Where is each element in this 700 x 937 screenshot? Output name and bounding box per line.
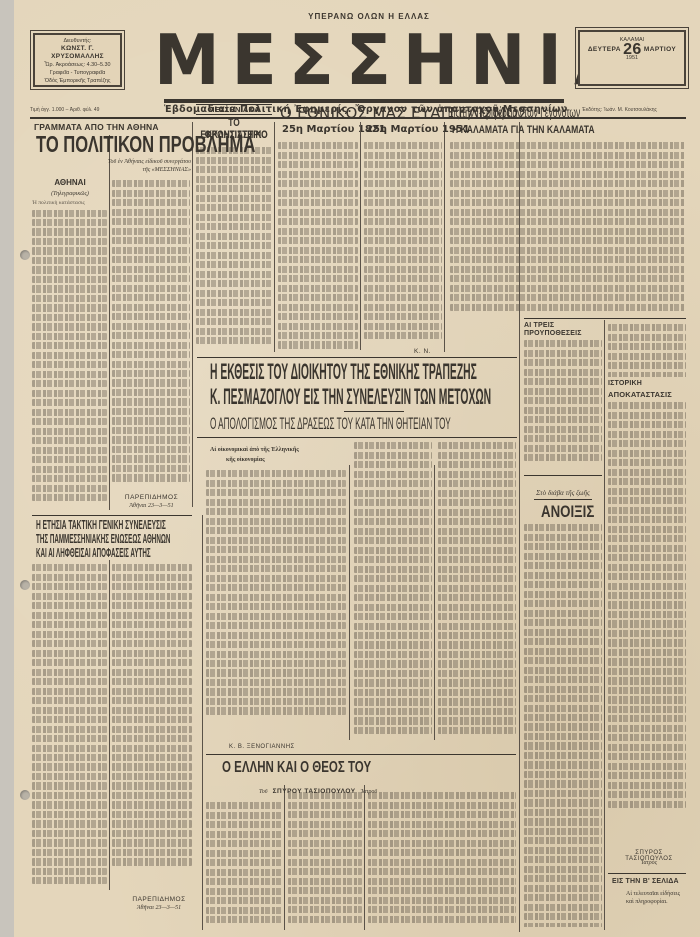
right-column-body: [608, 322, 686, 377]
year: 1951: [580, 54, 684, 63]
kalamata-kicker: Εἰς τὴν Περιφέρειαν τῶν Γεγονότων: [448, 104, 580, 120]
kalamata-headline: Η ΚΑΛΑΜΑΤΑ ΓΙΑ ΤΗΝ ΚΑΛΑΜΑΤΑ: [452, 124, 595, 136]
weekday: ΔΕΥΤΕΡΑ: [588, 46, 621, 53]
gospel-signature: Κ. Ν.: [414, 348, 431, 355]
section-rule: [524, 475, 602, 476]
kalamata-body: [450, 140, 685, 315]
binding-hole: [20, 580, 30, 590]
column-rule: [364, 785, 365, 930]
athens-letter-body: Ἡ πολιτικὴ κατάστασις: [32, 200, 107, 505]
date-box: ΚΑΛΑΜΑΙ ΔΕΥΤΕΡΑ 26 ΜΑΡΤΙΟΥ 1951: [578, 30, 686, 86]
bank-subhead-2: κῆς οἰκονομίας: [226, 457, 265, 463]
bank-body-col1: [206, 468, 346, 718]
three-reviews-headline-2: ΠΡΟΥΠΟΘΕΣΕΙΣ: [524, 330, 582, 337]
editor-line: Ἐκδότης: Ἰωάν. Μ. Κουτσουλάκης: [582, 107, 657, 113]
bank-body-col3: [438, 440, 516, 740]
assembly-body-col2: [112, 562, 192, 872]
church-school-headline-2: ΦΡΟΝΤΙΣΤΗΡΙΟ: [202, 129, 270, 141]
athens-sub-dateline: (Τηλεγραφικῶς): [34, 191, 106, 197]
spring-kicker: Στὸ διάβα τῆς ζωῆς: [524, 489, 602, 497]
assembly-sig-date: Ἀθῆναι 23—3—51: [124, 905, 194, 911]
section-rule: [32, 515, 192, 516]
column-rule: [274, 122, 275, 352]
prev-article-signature: Κ. Β. ΞΕΝΟΓΙΑΝΝΗΣ: [229, 744, 295, 750]
bank-deck: Ο ΑΠΟΛΟΓΙΣΜΟΣ ΤΗΣ ΔΡΑΣΕΩΣ ΤΟΥ ΚΑΤΑ ΤΗΝ Θ…: [210, 414, 451, 434]
director-name: ΚΩΝΣΤ. Γ. ΧΡΥΣΟΜΑΛΛΗΣ: [51, 45, 104, 60]
church-school-kicker: ΜΕΣΣΗΝΙΑΚΑ: [196, 104, 272, 115]
greek-god-body-col2: [288, 790, 362, 930]
athens-letter-sig-date: Ἀθῆναι 23—3—51: [114, 503, 189, 509]
column-rule: [284, 785, 285, 930]
gospel-col2-body: [364, 140, 442, 350]
bank-subhead-1: Αἱ οἰκονομικαὶ ἀπὸ τῆς Ἐλληνικῆς: [210, 447, 299, 453]
spring-body: [524, 522, 602, 927]
athens-letter-lead: Ἡ πολιτικὴ κατάστασις: [32, 200, 85, 206]
page2-text: Αἱ τελευταῖαι εἰδήσεις καὶ πληροφορίαι.: [626, 890, 688, 906]
history-headline-1: ΙΣΤΟΡΙΚΗ: [608, 380, 642, 387]
assembly-headline-3: ΚΑΙ ΑΙ ΛΗΦΘΕΙΣΑΙ ΑΠΟΦΑΣΕΙΣ ΑΥΤΗΣ: [36, 546, 151, 560]
section-rule: [197, 357, 517, 358]
binding-hole: [20, 790, 30, 800]
issue-date: ΔΕΥΤΕΡΑ 26 ΜΑΡΤΙΟΥ: [580, 45, 684, 54]
section-rule: [534, 499, 592, 500]
column-rule: [349, 465, 350, 740]
athens-dateline: ΑΘΗΝΑΙ: [34, 178, 106, 187]
column-rule: [434, 465, 435, 740]
right-footer-signature-title: Ἰατρός: [612, 860, 686, 866]
price-line: Τιμὴ ἀγγ. 1.000 – Ἀριθ. φύλ. 49: [30, 107, 99, 113]
page2-kicker: ΕΙΣ ΤΗΝ Β' ΣΕΛΙΔΑ: [612, 878, 679, 885]
column-rule: [202, 515, 203, 930]
column-rule: [360, 122, 361, 350]
history-body: [608, 400, 686, 810]
greek-god-body-col3: [368, 790, 516, 930]
assembly-body-col1: [32, 562, 107, 892]
office-label: Γραφεῖα - Τυπογραφεῖα: [35, 69, 120, 77]
bank-headline-2: Κ. ΠΕΣΜΑΖΟΓΛΟΥ ΕΙΣ ΤΗΝ ΣΥΝΕΛΕΥΣΙΝ ΤΩΝ ΜΕ…: [210, 384, 491, 410]
gospel-col1-body: [278, 140, 358, 350]
assembly-signature: ΠΑΡΕΠΙΔΗΜΟΣ: [124, 896, 194, 903]
column-rule: [604, 320, 605, 930]
assembly-headline-1: Η ΕΤΗΣΙΑ ΤΑΚΤΙΚΗ ΓΕΝΙΚΗ ΣΥΝΕΛΕΥΣΙΣ: [36, 518, 166, 532]
office-hours: Ὧρ. Ἀκροάσεως: 4.30–5.30: [35, 61, 120, 69]
bank-headline-1: Η ΕΚΘΕΣΙΣ ΤΟΥ ΔΙΟΙΚΗΤΟΥ ΤΗΣ ΕΘΝΙΚΗΣ ΤΡΑΠ…: [210, 359, 477, 385]
section-rule: [206, 754, 516, 755]
history-headline-2: ΑΠΟΚΑΤΑΣΤΑΣΙΣ: [608, 390, 672, 399]
section-rule: [197, 437, 517, 438]
spring-headline: ΑΝΟΙΞΙΣ: [541, 502, 594, 522]
bank-body-col2: [354, 440, 432, 740]
title-underline: [164, 99, 564, 103]
athens-letter-body-col2: [112, 178, 190, 483]
section-rule: [524, 318, 686, 319]
column-rule: [109, 135, 110, 510]
binding-hole: [20, 250, 30, 260]
month: ΜΑΡΤΙΟΥ: [644, 46, 676, 53]
assembly-headline-2: ΤΗΣ ΠΑΜΜΕΣΣΗΝΙΑΚΗΣ ΕΝΩΣΕΩΣ ΑΘΗΝΩΝ: [36, 532, 170, 546]
section-rule: [608, 873, 686, 874]
newspaper-title: ΜΕΣΣΗΝΙΑ: [154, 24, 574, 98]
athens-letter-signature: ΠΑΡΕΠΙΔΗΜΟΣ: [114, 494, 189, 501]
office-address: Ὁδὸς Ἐμπορικῆς Τραπέζης: [35, 77, 120, 85]
byline-prefix: Τοῦ: [259, 789, 268, 795]
three-reviews-body: [524, 338, 602, 468]
director-label: Διευθυντής:: [35, 37, 120, 45]
three-reviews-headline-1: ΑΙ ΤΡΕΙΣ: [524, 322, 554, 329]
column-rule: [192, 122, 193, 507]
newspaper-page: ΥΠΕΡΑΝΩ ΟΛΩΝ Η ΕΛΛΑΣ Διευθυντής: ΚΩΝΣΤ. …: [14, 0, 700, 937]
greek-god-headline: Ο ΕΛΛΗΝ ΚΑΙ Ο ΘΕΟΣ ΤΟΥ: [222, 759, 371, 777]
athens-letter-byline: Τοῦ ἐν Ἀθήναις εἰδικοῦ συνεργάτου τῆς «Μ…: [99, 158, 191, 174]
church-school-body: [196, 145, 272, 345]
column-rule: [109, 560, 110, 890]
column-rule: [444, 122, 445, 352]
director-box: Διευθυντής: ΚΩΝΣΤ. Γ. ΧΡΥΣΟΜΑΛΛΗΣ Ὧρ. Ἀκ…: [33, 33, 122, 87]
deck-rule: [344, 411, 404, 412]
greek-god-body-col1: [206, 800, 282, 930]
